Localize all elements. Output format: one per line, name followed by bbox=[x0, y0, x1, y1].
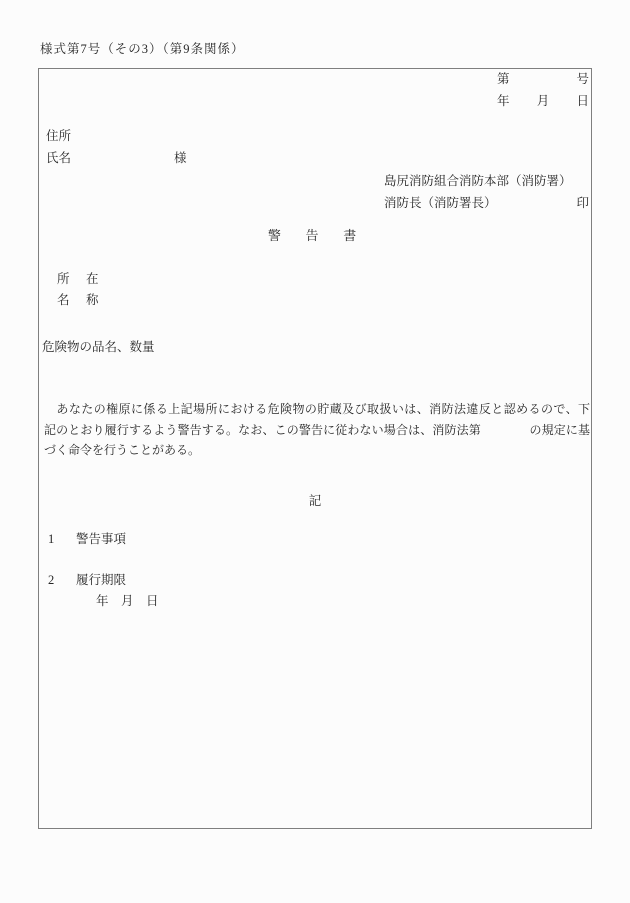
recipient-address-label: 住所 bbox=[46, 129, 71, 143]
date-year-label: 年 bbox=[497, 94, 510, 108]
hazmat-label: 危険物の品名、数量 bbox=[42, 340, 155, 354]
seal-mark: 印 bbox=[576, 196, 589, 210]
issuer-title-row: 消防長（消防署長） 印 bbox=[384, 196, 589, 210]
deadline-date-placeholder: 年 月 日 bbox=[96, 594, 159, 608]
date-month-label: 月 bbox=[537, 94, 550, 108]
item-number-2: 2 bbox=[48, 573, 76, 587]
recipient-name-label: 氏名 bbox=[46, 151, 71, 165]
item-label-warning: 警告事項 bbox=[76, 532, 126, 546]
date-row: 年 月 日 bbox=[497, 94, 589, 108]
body-line-3: づく命令を行うことがある。 bbox=[44, 440, 590, 461]
location-address-label: 所 在 bbox=[57, 272, 101, 286]
item-number-1: 1 bbox=[48, 532, 76, 546]
form-label: 様式第7号（その3）（第9条関係） bbox=[40, 42, 245, 56]
document-title: 警 告 書 bbox=[39, 229, 591, 244]
doc-number-prefix: 第 bbox=[497, 72, 510, 86]
body-line-1: あなたの権原に係る上記場所における危険物の貯蔵及び取扱いは、消防法違反と認めるの… bbox=[44, 399, 590, 420]
recipient-honorific: 様 bbox=[174, 151, 187, 165]
issuer-title: 消防長（消防署長） bbox=[384, 196, 497, 210]
location-name-label: 名 称 bbox=[57, 293, 101, 307]
body-paragraph: あなたの権原に係る上記場所における危険物の貯蔵及び取扱いは、消防法違反と認めるの… bbox=[44, 399, 590, 461]
note-marker: 記 bbox=[39, 494, 591, 508]
document-page: 様式第7号（その3）（第9条関係） 第 号 年 月 日 住所 氏名 様 島尻消防… bbox=[0, 0, 630, 903]
list-item-warning: 1 警告事項 bbox=[48, 532, 126, 546]
list-item-deadline: 2 履行期限 bbox=[48, 573, 126, 587]
doc-number-row: 第 号 bbox=[497, 72, 589, 86]
issuer-organization: 島尻消防組合消防本部（消防署） bbox=[384, 174, 572, 188]
body-line-2: 記のとおり履行するよう警告する。なお、この警告に従わない場合は、消防法第 の規定… bbox=[44, 420, 590, 441]
date-day-label: 日 bbox=[576, 94, 589, 108]
document-border-box: 第 号 年 月 日 住所 氏名 様 島尻消防組合消防本部（消防署） 消防長（消防… bbox=[38, 68, 592, 829]
item-label-deadline: 履行期限 bbox=[76, 573, 126, 587]
doc-number-suffix: 号 bbox=[576, 72, 589, 86]
